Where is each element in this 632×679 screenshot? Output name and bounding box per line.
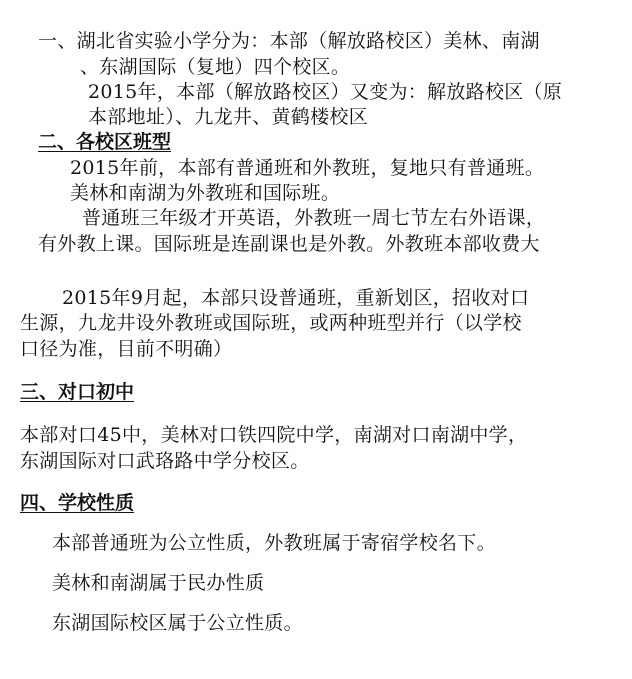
section2-line-6: 生源，九龙井设外教班或国际班，或两种班型并行（以学校 [20, 311, 522, 335]
section4-line-3: 东湖国际校区属于公立性质。 [52, 611, 303, 635]
section2-heading: 二、各校区班型 [38, 130, 171, 154]
section4-line-2: 美林和南湖属于民办性质 [52, 571, 264, 595]
section1-line-4: 本部地址）、九龙井、黄鹤楼校区 [88, 105, 368, 129]
section2-line-1: 2015年前，本部有普通班和外教班，复地只有普通班。 [70, 156, 544, 180]
section1-line-2: 、东湖国际（复地）四个校区。 [80, 55, 350, 79]
section2-line-4: 有外教上课。国际班是连副课也是外教。外教班本部收费大 [38, 232, 540, 256]
section2-line-5: 2015年9月起，本部只设普通班，重新划区，招收对口 [62, 286, 529, 310]
section2-line-2: 美林和南湖为外教班和国际班。 [70, 181, 340, 205]
section1-line-3: 2015年，本部（解放路校区）又变为：解放路校区（原 [88, 80, 562, 104]
section3-heading: 三、对口初中 [20, 380, 134, 404]
section4-line-1: 本部普通班为公立性质，外教班属于寄宿学校名下。 [52, 531, 496, 555]
section3-line-1: 本部对口45中，美林对口铁四院中学，南湖对口南湖中学， [20, 423, 527, 447]
section2-line-7: 口径为准，目前不明确） [20, 337, 232, 361]
section3-line-2: 东湖国际对口武珞路中学分校区。 [20, 449, 310, 473]
section4-heading: 四、学校性质 [20, 491, 134, 515]
section2-line-3: 普通班三年级才开英语，外教班一周七节左右外语课， [82, 206, 545, 230]
section1-line-1: 一、湖北省实验小学分为：本部（解放路校区）美林、南湖 [38, 29, 540, 53]
